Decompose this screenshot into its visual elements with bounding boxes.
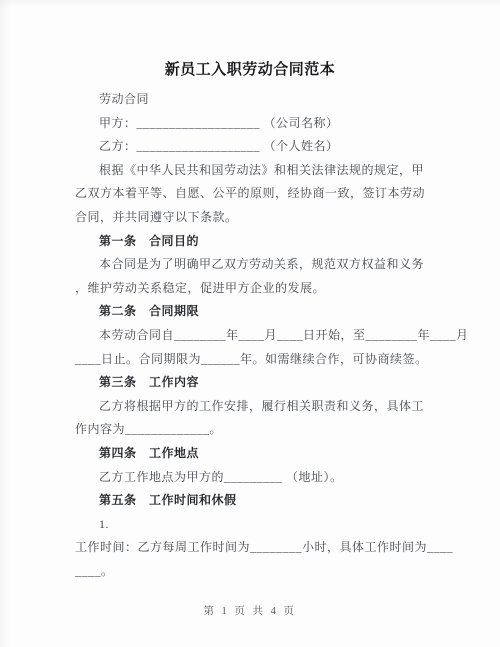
document-line: 第四条 工作地点 [75,442,430,466]
document-line: 根据《中华人民共和国劳动法》和相关法律法规的规定，甲 [75,159,430,183]
document-line: 乙双方本着平等、自愿、公平的原则，经协商一致，签订本劳动 [75,182,430,206]
document-title: 新员工入职劳动合同范本 [0,0,500,79]
document-line: 第二条 合同期限 [75,300,430,324]
document-line: 第五条 工作时间和休假 [75,489,430,513]
document-lines: 劳动合同甲方：___________________ （公司名称）乙方：____… [75,88,430,583]
document-line: 工作时间：乙方每周工作时间为________小时，具体工作时间为____ [75,536,430,560]
document-line: 1. [75,513,430,537]
document-line: ，维护劳动关系稳定，促进甲方企业的发展。 [75,277,430,301]
document-line: 乙方将根据甲方的工作安排，履行相关职责和义务，具体工 [75,395,430,419]
document-line: 合同，并共同遵守以下条款。 [75,206,430,230]
document-line: 乙方工作地点为甲方的_________ （地址）。 [75,466,430,490]
document-line: 本合同是为了明确甲乙双方劳动关系，规范双方权益和义务 [75,253,430,277]
document-line: 第一条 合同目的 [75,230,430,254]
document-line: 第三条 工作内容 [75,371,430,395]
document-line: ____日止。合同期限为______年。如需继续合作，可协商续签。 [75,348,430,372]
document-line: 甲方：___________________ （公司名称） [75,112,430,136]
document-line: 劳动合同 [75,88,430,112]
document-line: 本劳动合同自________年____月____日开始，至________年__… [75,324,430,348]
document-page: 新员工入职劳动合同范本 劳动合同甲方：___________________ （… [0,0,500,647]
document-line: ____。 [75,560,430,584]
document-line: 乙方：___________________ （个人姓名） [75,135,430,159]
page-number-footer: 第 1 页 共 4 页 [0,603,500,618]
document-line: 作内容为_____________。 [75,418,430,442]
